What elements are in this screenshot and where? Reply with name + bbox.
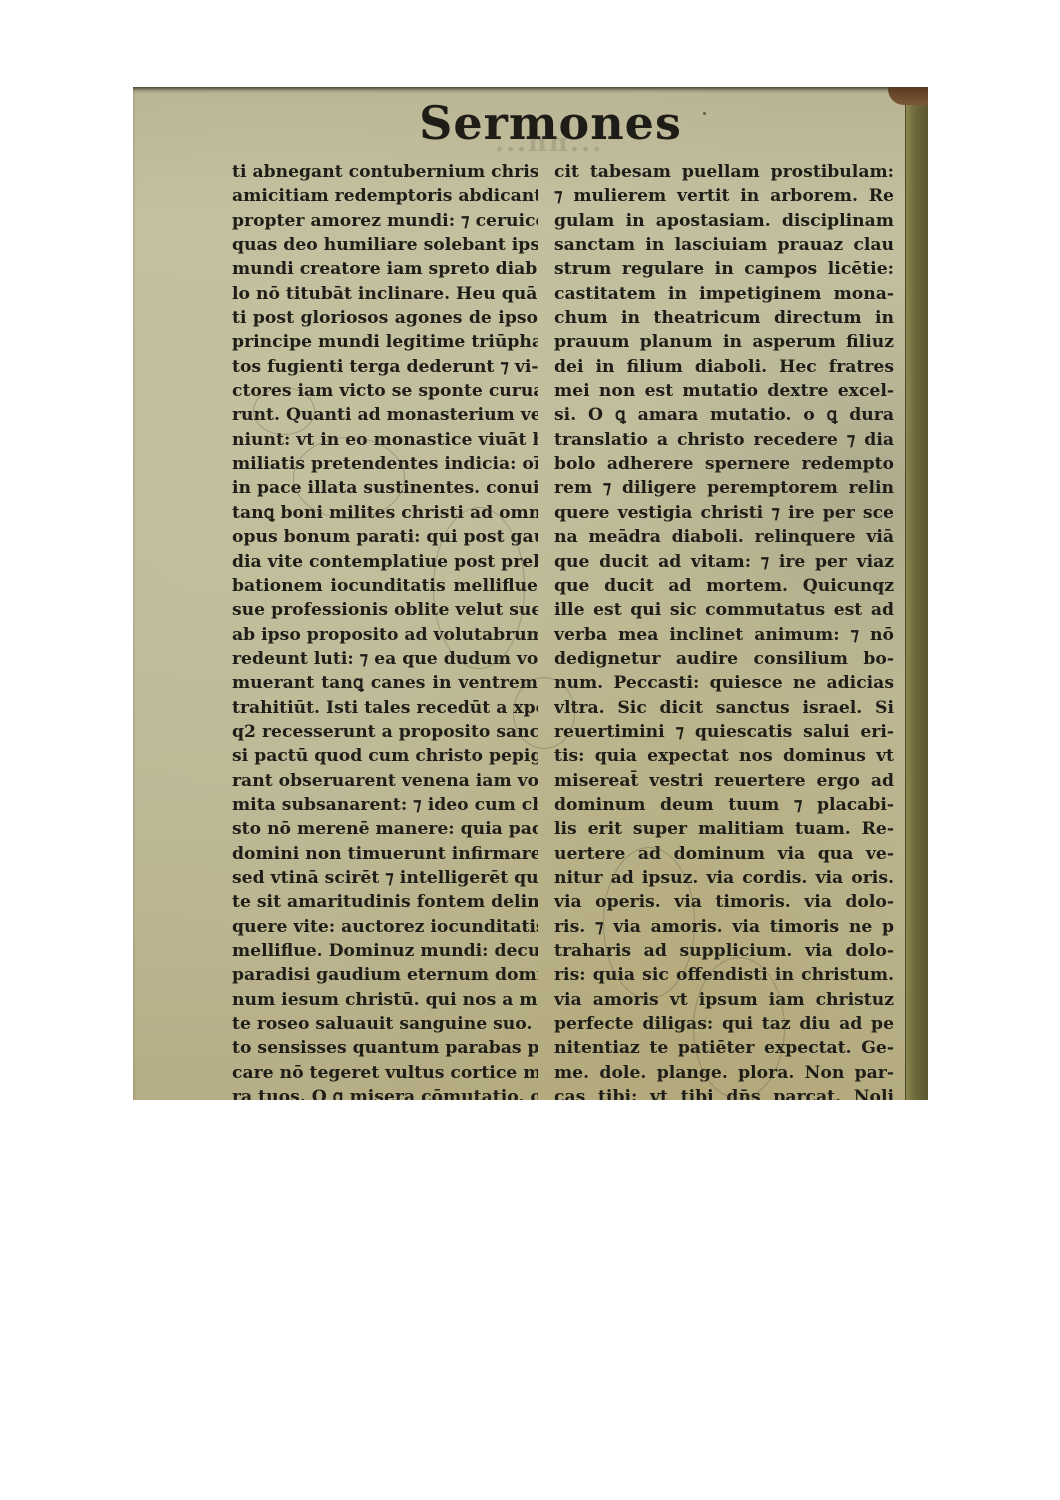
text-line: dominum deum tuum ⁊ placabi- bbox=[554, 793, 894, 817]
text-line: perfecte diligas: qui taz diu ad pe bbox=[554, 1012, 894, 1036]
text-line: ti abnegant contubernium christi bbox=[232, 160, 538, 184]
page-scan: ...nn... Sermones ti abnegant contuberni… bbox=[133, 87, 928, 1100]
text-line: cas tibi: vt tibi dn̄s parcat. Noli bbox=[554, 1085, 894, 1100]
text-line: ris. ⁊ via amoris. via timoris ne p bbox=[554, 915, 894, 939]
text-line: opus bonum parati: qui post gau bbox=[232, 525, 538, 549]
text-line: sue professionis oblite velut sues bbox=[232, 598, 538, 622]
text-line: que ducit ad vitam: ⁊ ire per viaz bbox=[554, 550, 894, 574]
text-line: num iesum christū. qui nos a mor bbox=[232, 988, 538, 1012]
text-line: lo nō titubāt inclinare. Heu quā- bbox=[232, 282, 538, 306]
text-line: niunt: vt in eo monastice viuāt hu bbox=[232, 428, 538, 452]
text-line: cit tabesam puellam prostibulam: bbox=[554, 160, 894, 184]
text-line: lis erit super malitiam tuam. Re- bbox=[554, 817, 894, 841]
text-line: mundi creatore iam spreto diabo bbox=[232, 257, 538, 281]
text-line: melliflue. Dominuz mundi: decus bbox=[232, 939, 538, 963]
text-line: ctores iam victo se sponte curua- bbox=[232, 379, 538, 403]
text-line: dedignetur audire consilium bo- bbox=[554, 647, 894, 671]
text-line: principe mundi legitime triūpha- bbox=[232, 330, 538, 354]
text-line: na meādra diaboli. relinquere viā bbox=[554, 525, 894, 549]
text-line: vltra. Sic dicit sanctus israel. Si bbox=[554, 696, 894, 720]
text-line: misereat̄ vestri reuertere ergo ad bbox=[554, 769, 894, 793]
text-line: runt. Quanti ad monasterium ve- bbox=[232, 403, 538, 427]
text-line: traharis ad supplicium. via dolo- bbox=[554, 939, 894, 963]
text-line: castitatem in impetiginem mona- bbox=[554, 282, 894, 306]
text-line: que ducit ad mortem. Quicunqz bbox=[554, 574, 894, 598]
text-line: gulam in apostasiam. disciplinam bbox=[554, 209, 894, 233]
text-line: mita subsanarent: ⁊ ideo cum chri bbox=[232, 793, 538, 817]
text-line: uertere ad dominum via qua ve- bbox=[554, 842, 894, 866]
text-line: redeunt luti: ⁊ ea que dudum vo- bbox=[232, 647, 538, 671]
text-line: nitur ad ipsuz. via cordis. via oris. bbox=[554, 866, 894, 890]
text-line: quas deo humiliare solebant ipso bbox=[232, 233, 538, 257]
text-line: domini non timuerunt infirmare: bbox=[232, 842, 538, 866]
text-line: me. dole. plange. plora. Non par- bbox=[554, 1061, 894, 1085]
text-line: verba mea inclinet animum: ⁊ nō bbox=[554, 623, 894, 647]
text-line: te sit amaritudinis fontem delin- bbox=[232, 890, 538, 914]
text-line: to sensisses quantum parabas pec bbox=[232, 1036, 538, 1060]
text-line: prauum planum in asperum filiuz bbox=[554, 330, 894, 354]
text-line: dei in filium diaboli. Hec fratres bbox=[554, 355, 894, 379]
text-column-right: cit tabesam puellam prostibulam:⁊ mulier… bbox=[554, 160, 894, 1100]
running-head: ...nn... Sermones bbox=[133, 93, 928, 153]
text-line: q2 recesserunt a proposito sancto: bbox=[232, 720, 538, 744]
text-line: care nō tegeret vultus cortice mir bbox=[232, 1061, 538, 1085]
text-line: via operis. via timoris. via dolo- bbox=[554, 890, 894, 914]
text-line: propter amorez mundi: ⁊ ceruices bbox=[232, 209, 538, 233]
text-line: sed vtinā scirēt ⁊ intelligerēt quā bbox=[232, 866, 538, 890]
text-line: amicitiam redemptoris abdicant bbox=[232, 184, 538, 208]
text-line: mei non est mutatio dextre excel- bbox=[554, 379, 894, 403]
text-line: dia vite contemplatiue post preli- bbox=[232, 550, 538, 574]
text-line: miliatis pretendentes indicia: oīa bbox=[232, 452, 538, 476]
text-line: trahitiūt. Isti tales recedūt a xpo bbox=[232, 696, 538, 720]
book-spine-edge bbox=[905, 87, 928, 1100]
text-line: si pactū quod cum christo pepige- bbox=[232, 744, 538, 768]
text-line: reuertimini ⁊ quiescatis salui eri- bbox=[554, 720, 894, 744]
text-line: sto nō merenē manere: quia pactū bbox=[232, 817, 538, 841]
text-line: strum regulare in campos licētie: bbox=[554, 257, 894, 281]
text-line: bolo adherere spernere redempto bbox=[554, 452, 894, 476]
text-line: chum in theatricum directum in bbox=[554, 306, 894, 330]
text-line: in pace illata sustinentes. conuicia bbox=[232, 476, 538, 500]
text-line: ris: quia sic offendisti in christum. bbox=[554, 963, 894, 987]
text-line: si. O ꝗ amara mutatio. o ꝗ dura bbox=[554, 403, 894, 427]
text-line: tis: quia expectat nos dominus vt bbox=[554, 744, 894, 768]
text-column-left: ti abnegant contubernium christiamicitia… bbox=[232, 160, 538, 1100]
text-line: rant obseruarent venena iam vo- bbox=[232, 769, 538, 793]
text-line: rem ⁊ diligere peremptorem relin bbox=[554, 476, 894, 500]
text-line: quere vite: auctorez iocunditatis bbox=[232, 915, 538, 939]
text-line: ra tuos. O ꝗ misera cōmutatio. o bbox=[232, 1085, 538, 1100]
text-line: ⁊ mulierem vertit in arborem. Re bbox=[554, 184, 894, 208]
text-line: tos fugienti terga dederunt ⁊ vi- bbox=[232, 355, 538, 379]
text-line: muerant tanꝗ canes in ventrem bbox=[232, 671, 538, 695]
text-line: via amoris vt ipsum iam christuz bbox=[554, 988, 894, 1012]
text-line: num. Peccasti: quiesce ne adicias bbox=[554, 671, 894, 695]
text-line: te roseo saluauit sanguine suo. si ci bbox=[232, 1012, 538, 1036]
text-line: ti post gloriosos agones de ipso bbox=[232, 306, 538, 330]
text-line: ille est qui sic commutatus est ad bbox=[554, 598, 894, 622]
text-line: quere vestigia christi ⁊ ire per sce bbox=[554, 501, 894, 525]
text-line: bationem iocunditatis melliflue bbox=[232, 574, 538, 598]
paper-speck bbox=[235, 777, 238, 780]
paper-speck bbox=[703, 112, 706, 115]
text-line: nitentiaz te patiēter expectat. Ge- bbox=[554, 1036, 894, 1060]
text-line: sanctam in lasciuiam prauaz clau bbox=[554, 233, 894, 257]
text-line: translatio a christo recedere ⁊ dia bbox=[554, 428, 894, 452]
text-line: paradisi gaudium eternum domi- bbox=[232, 963, 538, 987]
text-line: tanꝗ boni milites christi ad omne bbox=[232, 501, 538, 525]
text-line: ab ipso proposito ad volutabrum bbox=[232, 623, 538, 647]
